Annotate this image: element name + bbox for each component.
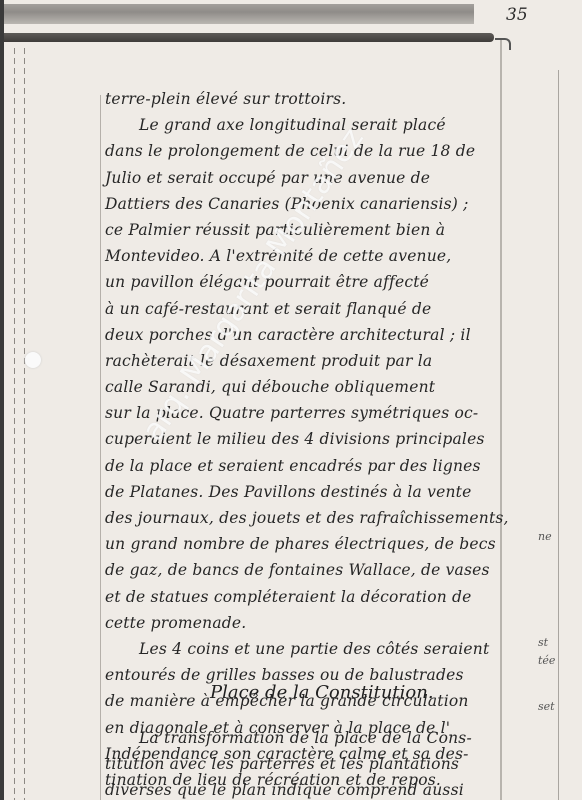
margin-note: ne (538, 530, 552, 543)
margin-note: st (538, 636, 548, 649)
text-line: titution avec les parterres et les plant… (105, 751, 525, 777)
text-line: à un café-restaurant et serait flanqué d… (105, 296, 525, 322)
page-number: 35 (506, 5, 528, 25)
text-line: terre-plein élevé sur trottoirs. (105, 86, 525, 112)
scan-left-edge (0, 0, 4, 800)
text-line: un pavillon élégant pourrait être affect… (105, 269, 525, 295)
margin-note: set (538, 700, 555, 713)
text-line: Montevideo. A l'extrémité de cette avenu… (105, 243, 525, 269)
text-line: deux porches d'un caractère architectura… (105, 322, 525, 348)
text-line: des journaux, des jouets et des rafraîch… (105, 505, 525, 531)
section-heading: Place de la Constitution. (210, 682, 434, 703)
page-corner (495, 38, 511, 50)
text-line: un grand nombre de phares électriques, d… (105, 531, 525, 557)
text-margin-rule (100, 95, 101, 800)
punch-hole (25, 352, 41, 368)
text-line: cette promenade. (105, 610, 525, 636)
page-top-rule (4, 33, 494, 42)
scan-shadow-band (4, 4, 474, 24)
section-text: La transformation de la place de la Cons… (105, 725, 525, 800)
text-line: et de statues compléteraient la décorati… (105, 584, 525, 610)
margin-line (24, 48, 25, 800)
text-line: de la place et seraient encadrés par des… (105, 453, 525, 479)
text-line: diverses que le plan indique comprend au… (105, 777, 525, 800)
text-line: de gaz, de bancs de fontaines Wallace, d… (105, 557, 525, 583)
text-line: La transformation de la place de la Cons… (105, 725, 525, 751)
underlying-page-edge (558, 70, 559, 800)
margin-note: tée (538, 654, 555, 667)
text-line: Le grand axe longitudinal serait placé (105, 112, 525, 138)
text-line: de Platanes. Des Pavillons destinés à la… (105, 479, 525, 505)
text-line: Les 4 coins et une partie des côtés sera… (105, 636, 525, 662)
margin-line (14, 48, 15, 800)
text-line: rachèterait le désaxement produit par la (105, 348, 525, 374)
